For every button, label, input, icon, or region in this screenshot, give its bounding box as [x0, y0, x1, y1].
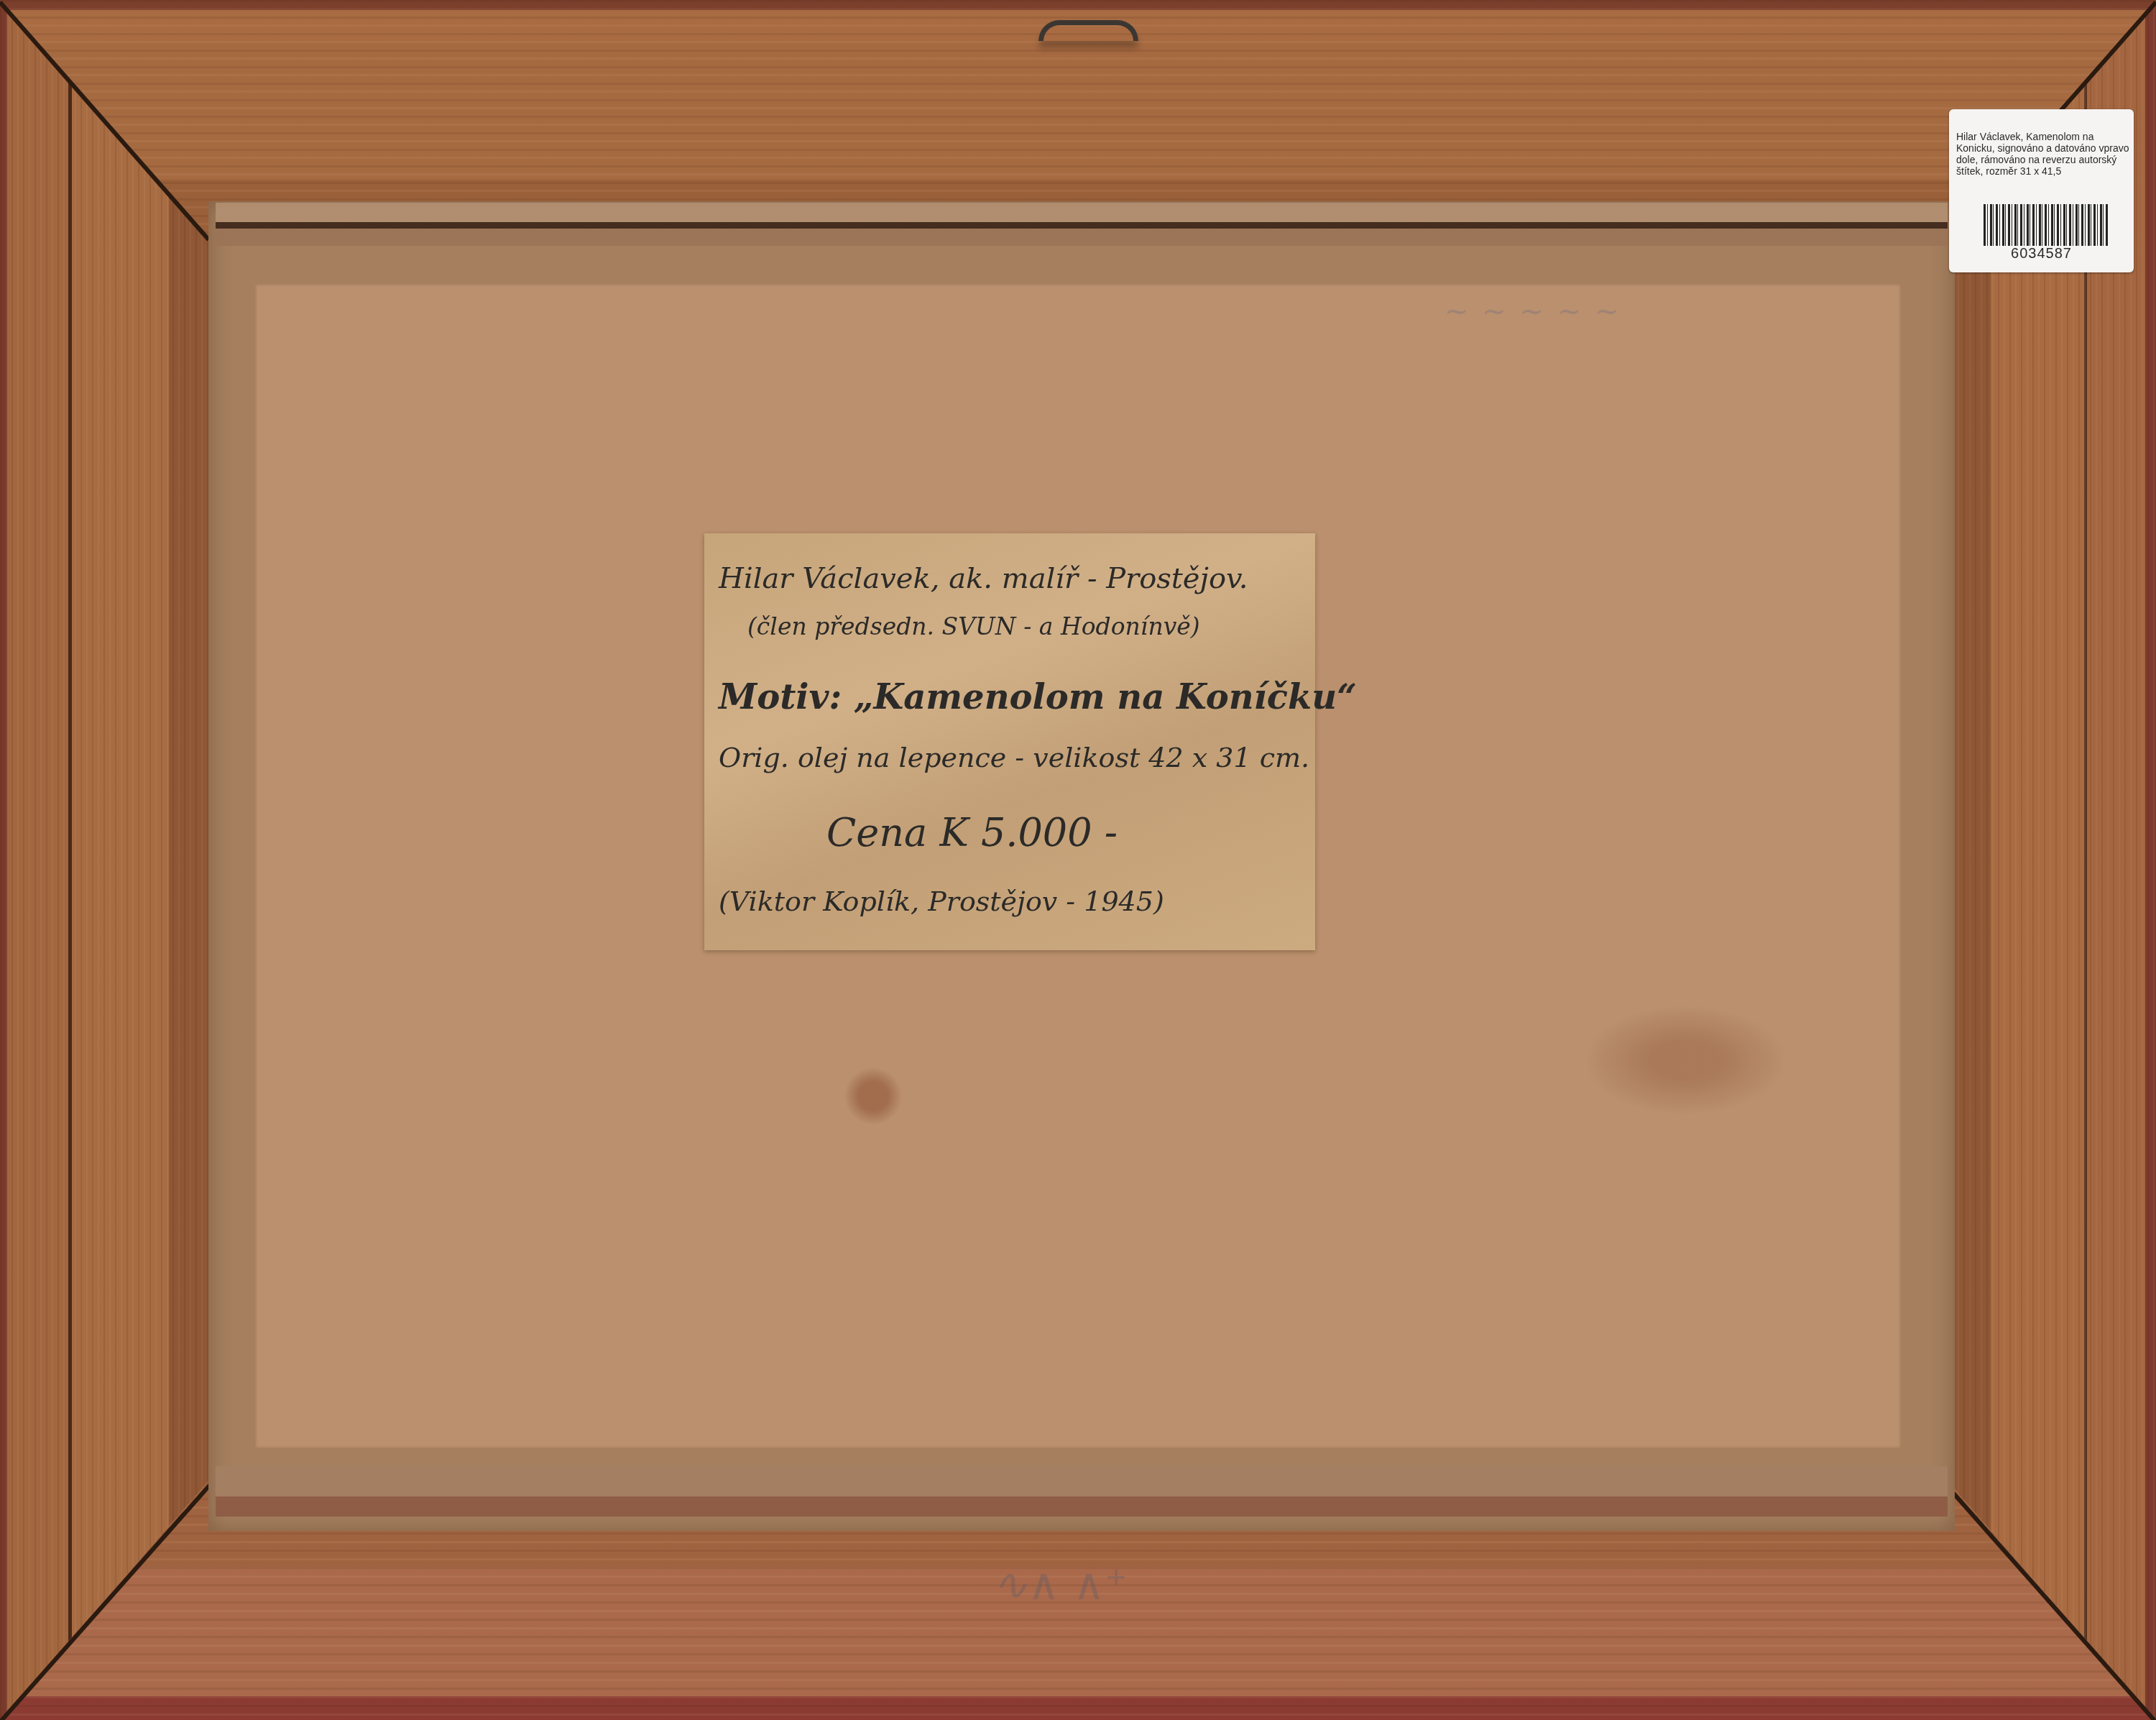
label-price-line: Cena K 5.000 - [826, 810, 1118, 855]
board-pencil-note: ~ ~ ~ ~ ~ [1445, 295, 1621, 328]
sticker-description: Hilar Václavek, Kamenolom na Konicku, si… [1956, 131, 2132, 177]
frame-left-rail [0, 0, 216, 1720]
label-medium-size-line: Orig. olej na lepence - velikost 42 x 31… [719, 742, 1309, 773]
barcode-icon [1984, 204, 2109, 246]
barcode-number: 6034587 [1949, 246, 2134, 262]
handwritten-artist-label: Hilar Václavek, ak. malíř - Prostějov. (… [704, 533, 1315, 950]
label-motif-line: Motiv: „Kamenolom na Koníčku“ [719, 677, 1357, 717]
inventory-sticker: Hilar Václavek, Kamenolom na Konicku, si… [1949, 109, 2134, 272]
torn-tape-top-edge [216, 203, 1948, 246]
hanging-hook-icon [1038, 20, 1138, 41]
label-signature-line: (Viktor Koplík, Prostějov - 1945) [719, 886, 1164, 917]
painting-reverse-photo: ~ ~ ~ ~ ~ Hilar Václavek, ak. malíř - Pr… [0, 0, 2156, 1720]
label-artist-line: Hilar Václavek, ak. malíř - Prostějov. [719, 562, 1248, 595]
torn-tape-bottom-edge [216, 1466, 1948, 1517]
frame-pencil-marks: ∿∧ ∧⁺ [992, 1560, 1128, 1610]
label-membership-line: (člen předsedn. SVUN - a Hodonínvě) [747, 612, 1200, 640]
